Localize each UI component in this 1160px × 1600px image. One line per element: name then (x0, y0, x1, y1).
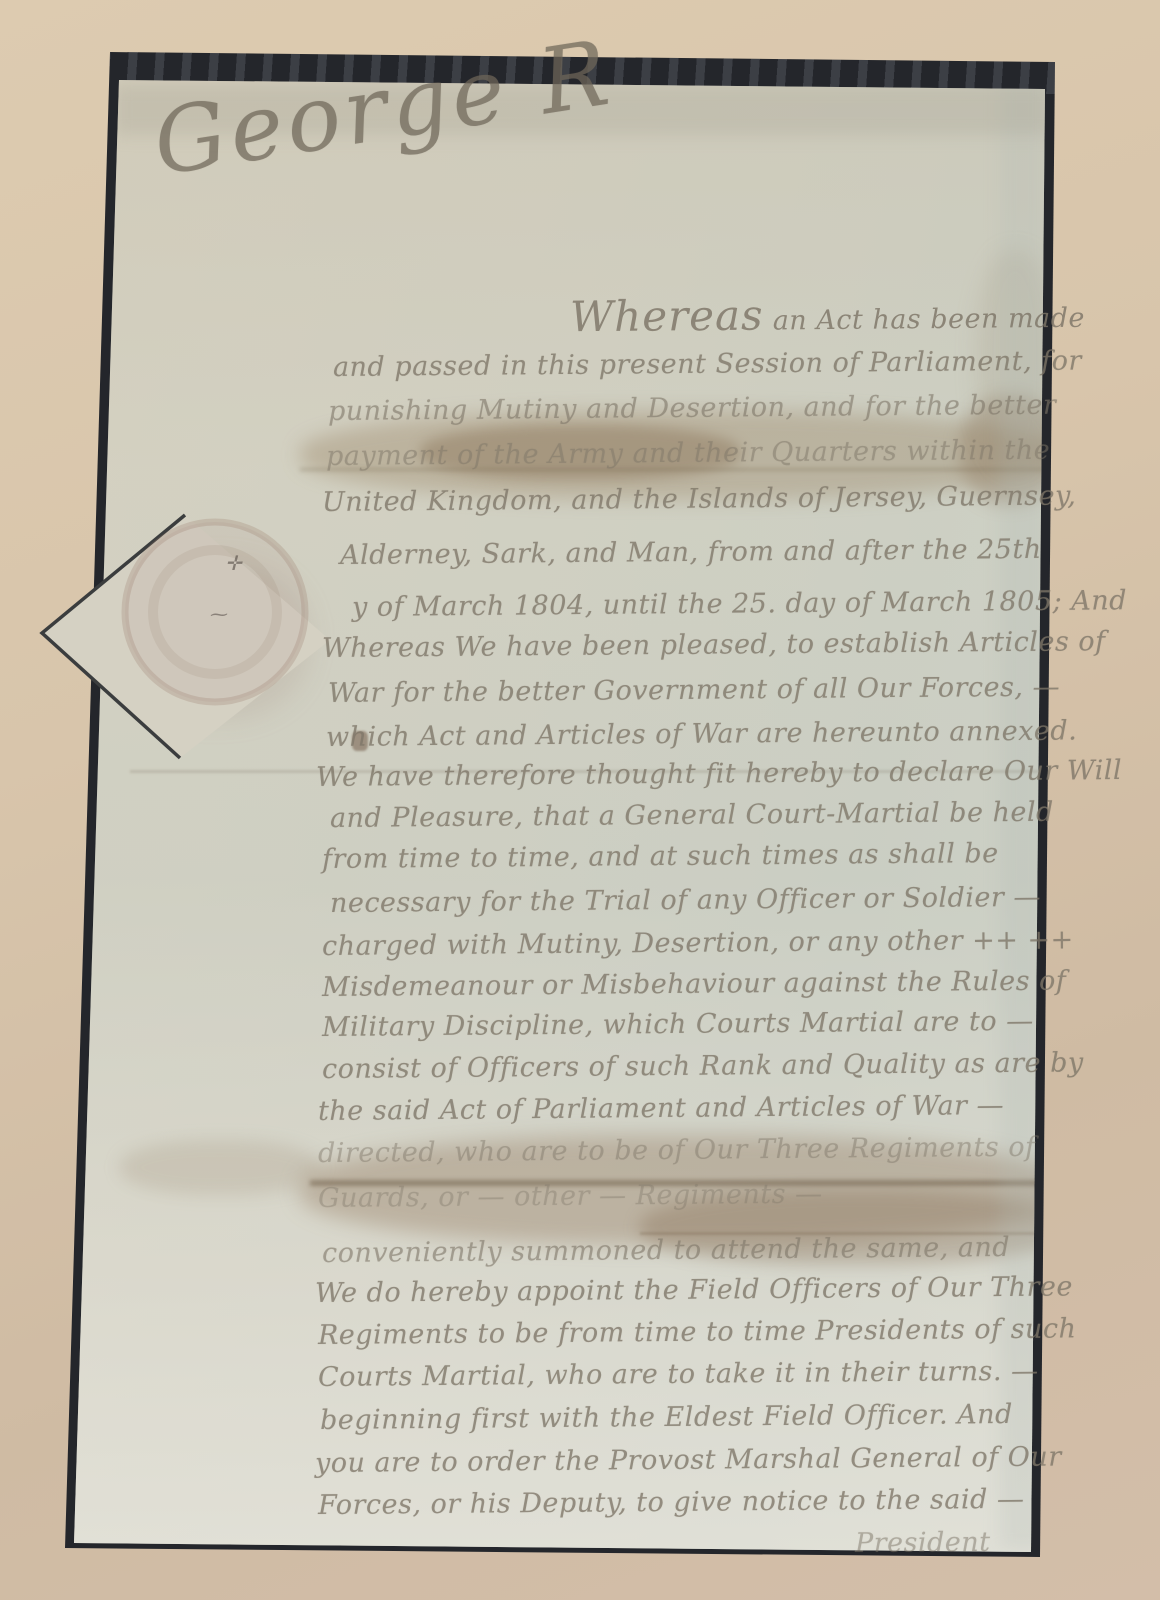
stain-streak-lower (310, 1180, 1045, 1186)
ink-blot-small (352, 731, 368, 751)
seal-mark-upper: ✛ (225, 551, 243, 575)
stain-band-upper-dark (420, 425, 740, 480)
crease-upper (300, 468, 1050, 471)
seal-flap: ✛ ⁓ (25, 500, 340, 775)
seal-mark-lower: ⁓ (210, 604, 228, 625)
shade-right-column (1000, 60, 1045, 1550)
crease-lower (640, 1232, 1050, 1235)
frame-window (62, 48, 1058, 1560)
shade-under-top-bevel (115, 85, 1050, 135)
stain-lower-left (120, 1140, 320, 1195)
manuscript-page (62, 48, 1058, 1560)
